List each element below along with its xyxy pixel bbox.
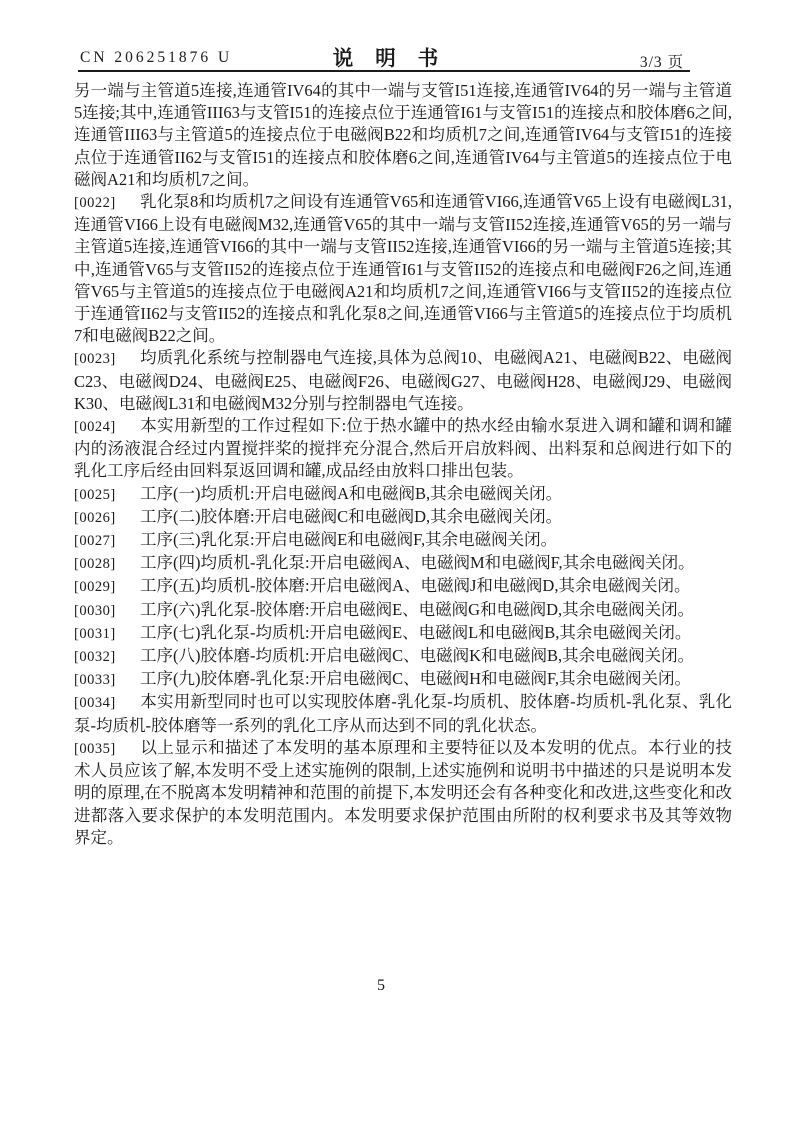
paragraph-number: [0024] [74,416,140,438]
page-number: 5 [0,977,762,995]
paragraph-text: 工序(五)均质机-胶体磨:开启电磁阀A、电磁阀J和电磁阀D,其余电磁阀关闭。 [140,576,690,595]
paragraph-text: 工序(九)胶体磨-乳化泵:开启电磁阀C、电磁阀H和电磁阀F,其余电磁阀关闭。 [140,669,691,688]
paragraph-number: [0033] [74,669,140,691]
publication-number: CN 206251876 U [80,49,232,67]
paragraph: [0022]乳化泵8和均质机7之间设有连通管V65和连通管VI66,连通管V65… [74,191,732,347]
paragraph-number: [0028] [74,553,140,575]
paragraph-text: 本实用新型同时也可以实现胶体磨-乳化泵-均质机、胶体磨-均质机-乳化泵、乳化泵-… [74,692,732,734]
paragraph-text: 工序(四)均质机-乳化泵:开启电磁阀A、电磁阀M和电磁阀F,其余电磁阀关闭。 [140,553,695,572]
paragraph: [0024]本实用新型的工作过程如下:位于热水罐中的热水经由输水泵进入调和罐和调… [74,415,732,483]
paragraph-number: [0031] [74,623,140,645]
header-rule [78,70,690,72]
paragraph: [0032]工序(八)胶体磨-均质机:开启电磁阀C、电磁阀K和电磁阀B,其余电磁… [74,645,732,668]
paragraph-number: [0023] [74,348,140,370]
paragraph-number: [0032] [74,646,140,668]
paragraph-number: [0025] [74,484,140,506]
paragraph-number: [0030] [74,600,140,622]
paragraph-number: [0026] [74,507,140,529]
paragraph-text: 另一端与主管道5连接,连通管IV64的其中一端与支管I51连接,连通管IV64的… [74,81,732,189]
paragraph: [0027]工序(三)乳化泵:开启电磁阀E和电磁阀F,其余电磁阀关闭。 [74,529,732,552]
paragraph-number: [0029] [74,576,140,598]
document-body: 另一端与主管道5连接,连通管IV64的其中一端与支管I51连接,连通管IV64的… [74,80,732,849]
paragraph-text: 工序(八)胶体磨-均质机:开启电磁阀C、电磁阀K和电磁阀B,其余电磁阀关闭。 [140,646,694,665]
paragraph: [0034]本实用新型同时也可以实现胶体磨-乳化泵-均质机、胶体磨-均质机-乳化… [74,691,732,736]
paragraph: [0029]工序(五)均质机-胶体磨:开启电磁阀A、电磁阀J和电磁阀D,其余电磁… [74,575,732,598]
paragraph-text: 工序(七)乳化泵-均质机:开启电磁阀E、电磁阀L和电磁阀B,其余电磁阀关闭。 [140,623,691,642]
paragraph: [0035]以上显示和描述了本发明的基本原理和主要特征以及本发明的优点。本行业的… [74,737,732,849]
page-indicator: 3/3 页 [640,50,684,72]
paragraph-number: [0035] [74,738,140,760]
paragraph-number: [0022] [74,192,140,214]
patent-page: CN 206251876 U 说明书 3/3 页 另一端与主管道5连接,连通管I… [0,0,793,1122]
paragraph-text: 工序(一)均质机:开启电磁阀A和电磁阀B,其余电磁阀关闭。 [140,484,562,503]
paragraph: [0023]均质乳化系统与控制器电气连接,具体为总阀10、电磁阀A21、电磁阀B… [74,347,732,415]
paragraph: [0026]工序(二)胶体磨:开启电磁阀C和电磁阀D,其余电磁阀关闭。 [74,506,732,529]
paragraph: [0028]工序(四)均质机-乳化泵:开启电磁阀A、电磁阀M和电磁阀F,其余电磁… [74,552,732,575]
paragraph: [0033]工序(九)胶体磨-乳化泵:开启电磁阀C、电磁阀H和电磁阀F,其余电磁… [74,668,732,691]
paragraph-text: 乳化泵8和均质机7之间设有连通管V65和连通管VI66,连通管V65上设有电磁阀… [74,192,732,345]
document-title: 说明书 [333,41,461,71]
paragraph-text: 工序(六)乳化泵-胶体磨:开启电磁阀E、电磁阀G和电磁阀D,其余电磁阀关闭。 [140,600,694,619]
paragraph: 另一端与主管道5连接,连通管IV64的其中一端与支管I51连接,连通管IV64的… [74,80,732,191]
paragraph-number: [0027] [74,530,140,552]
paragraph-text: 本实用新型的工作过程如下:位于热水罐中的热水经由输水泵进入调和罐和调和罐内的汤液… [74,416,732,480]
paragraph-text: 工序(二)胶体磨:开启电磁阀C和电磁阀D,其余电磁阀关闭。 [140,507,562,526]
paragraph: [0030]工序(六)乳化泵-胶体磨:开启电磁阀E、电磁阀G和电磁阀D,其余电磁… [74,599,732,622]
paragraph: [0025]工序(一)均质机:开启电磁阀A和电磁阀B,其余电磁阀关闭。 [74,483,732,506]
paragraph-number: [0034] [74,692,140,714]
paragraph-text: 工序(三)乳化泵:开启电磁阀E和电磁阀F,其余电磁阀关闭。 [140,530,557,549]
paragraph-text: 均质乳化系统与控制器电气连接,具体为总阀10、电磁阀A21、电磁阀B22、电磁阀… [74,348,732,412]
paragraph-text: 以上显示和描述了本发明的基本原理和主要特征以及本发明的优点。本行业的技术人员应该… [74,738,732,847]
paragraph: [0031]工序(七)乳化泵-均质机:开启电磁阀E、电磁阀L和电磁阀B,其余电磁… [74,622,732,645]
